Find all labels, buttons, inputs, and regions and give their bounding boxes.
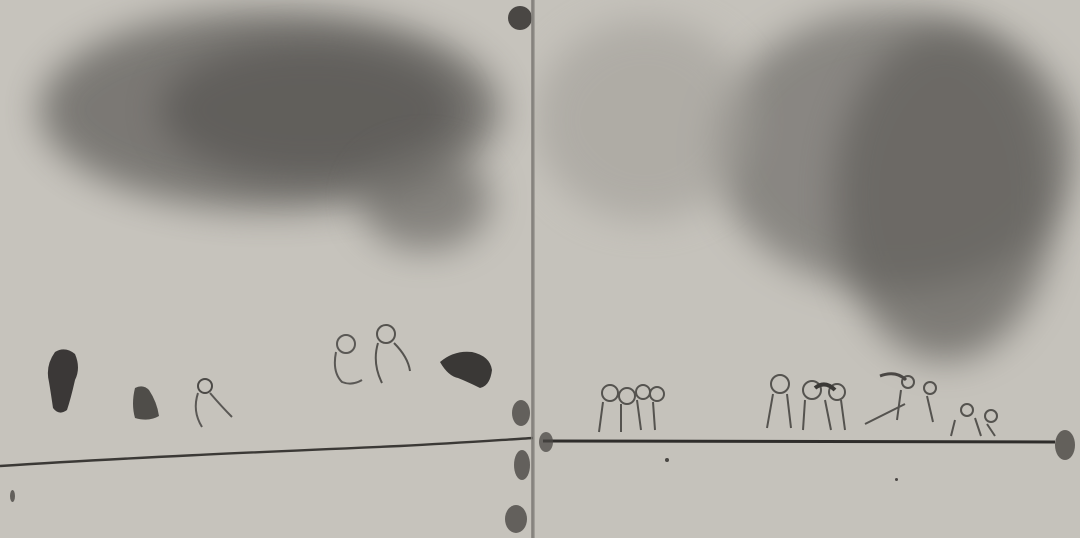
left-ground-drawing xyxy=(0,0,533,538)
left-panel xyxy=(0,0,533,538)
ink-stain xyxy=(505,505,527,533)
ink-stain xyxy=(514,450,530,480)
right-panel xyxy=(535,0,1080,538)
ink-stain xyxy=(895,478,898,481)
ink-stain xyxy=(1055,430,1075,460)
right-ground-drawing xyxy=(535,0,1080,538)
ink-stain xyxy=(539,432,553,452)
ink-stain xyxy=(665,458,669,462)
ink-stain xyxy=(512,400,530,426)
ink-stain xyxy=(508,6,532,30)
ink-stain xyxy=(10,490,15,502)
artwork xyxy=(0,0,1080,538)
